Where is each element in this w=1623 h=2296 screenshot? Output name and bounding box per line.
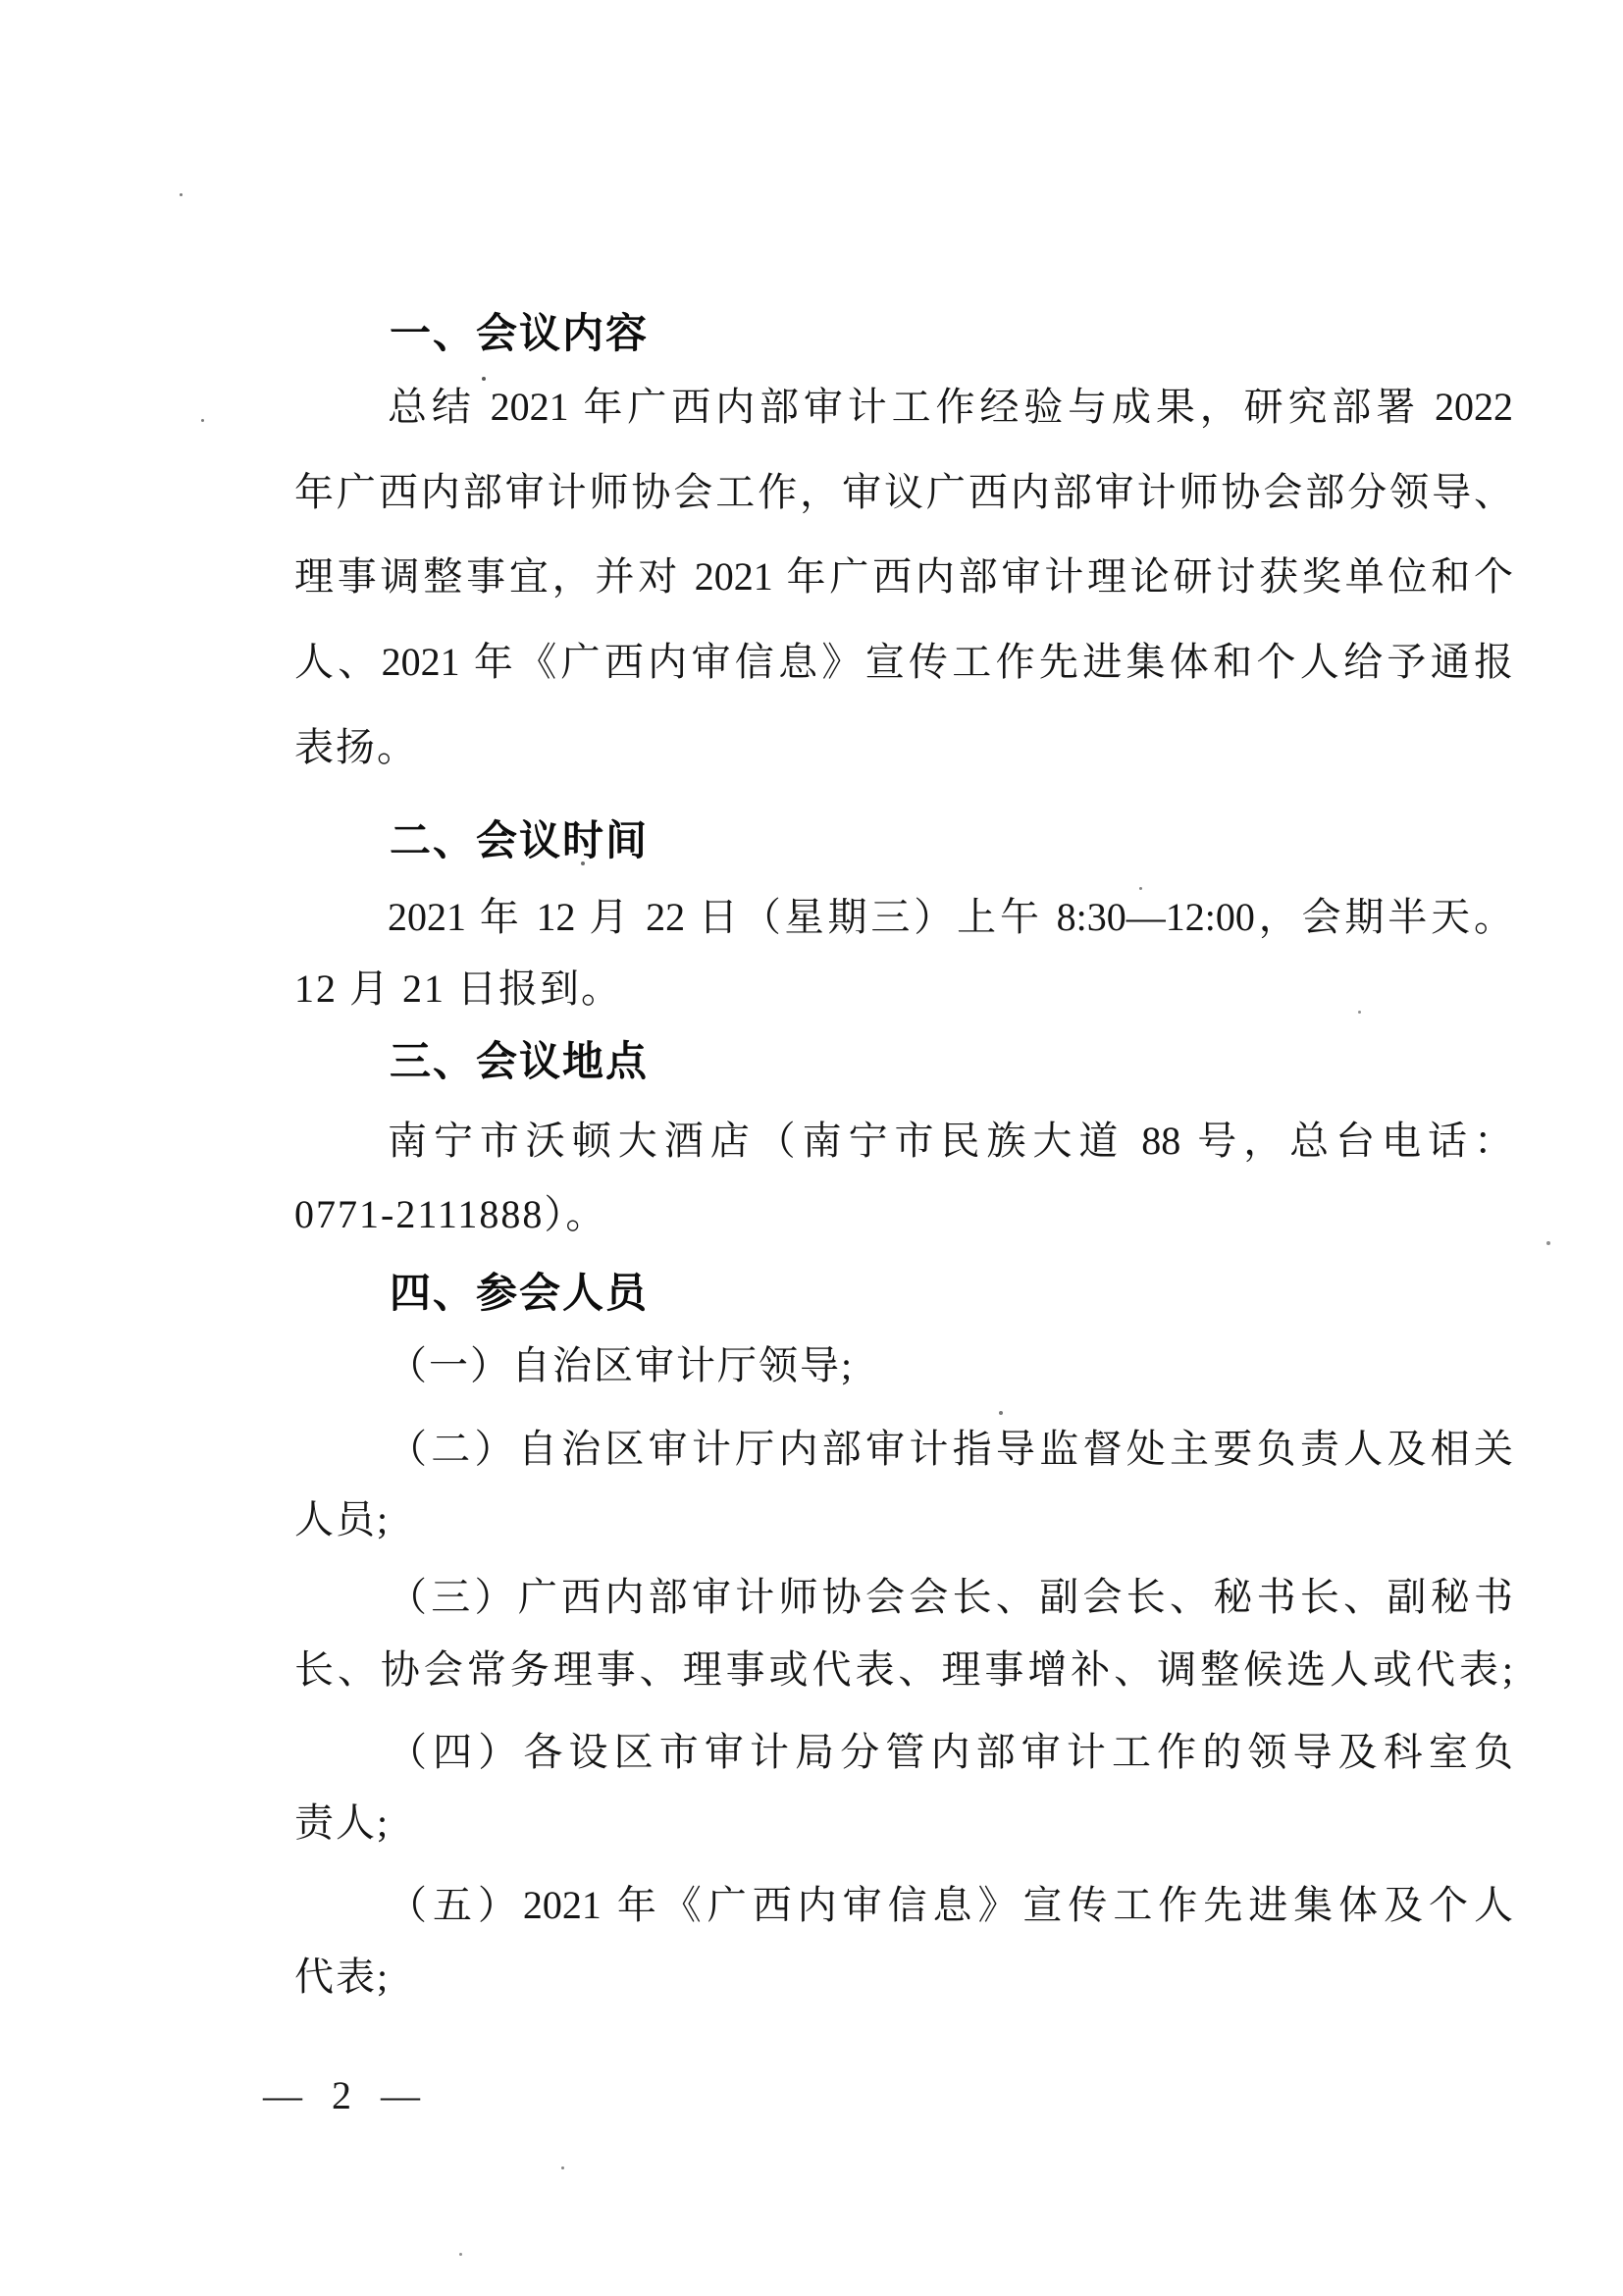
attendee-item-4-line-2: 责人;: [294, 1799, 1513, 1848]
section-1-line-2: 年广西内部审计师协会工作，审议广西内部审计师协会部分领导、: [294, 468, 1513, 517]
section-3-line-2: 0771-2111888）。: [294, 1190, 1513, 1239]
scan-speck: [1358, 1011, 1361, 1014]
section-2-line-2: 12 月 21 日报到。: [294, 965, 1513, 1014]
section-1-heading: 一、会议内容: [390, 309, 649, 358]
section-2-line-1: 2021 年 12 月 22 日（星期三）上午 8:30—12:00，会期半天。: [294, 893, 1513, 942]
section-1-line-4: 人、2021 年《广西内审信息》宣传工作先进集体和个人给予通报: [294, 638, 1513, 687]
scan-speck: [201, 419, 204, 422]
scan-speck: [561, 2166, 564, 2169]
scanned-document-page: 一、会议内容 总结 2021 年广西内部审计工作经验与成果，研究部署 2022 …: [0, 0, 1623, 2296]
scan-speck: [180, 193, 183, 196]
scan-speck: [1546, 1241, 1550, 1245]
scan-speck: [1139, 887, 1142, 890]
page-number-footer: — 2 —: [263, 2072, 423, 2118]
section-3-line-1: 南宁市沃顿大酒店（南宁市民族大道 88 号，总台电话：: [294, 1117, 1513, 1166]
section-1-line-3: 理事调整事宜，并对 2021 年广西内部审计理论研讨获奖单位和个: [294, 552, 1513, 601]
scan-speck: [999, 1411, 1003, 1415]
attendee-item-1: （一）自治区审计厅领导;: [294, 1341, 1513, 1390]
attendee-item-5-line-1: （五）2021 年《广西内审信息》宣传工作先进集体及个人: [294, 1881, 1513, 1930]
scan-speck: [482, 377, 486, 381]
attendee-item-2-line-2: 人员;: [294, 1495, 1513, 1544]
section-3-heading: 三、会议地点: [390, 1037, 649, 1086]
section-2-heading: 二、会议时间: [390, 816, 649, 865]
section-1-line-5: 表扬。: [294, 723, 1513, 772]
section-1-line-1: 总结 2021 年广西内部审计工作经验与成果，研究部署 2022: [294, 383, 1513, 432]
attendee-item-4-line-1: （四）各设区市审计局分管内部审计工作的领导及科室负: [294, 1728, 1513, 1777]
attendee-item-3-line-1: （三）广西内部审计师协会会长、副会长、秘书长、副秘书: [294, 1573, 1513, 1622]
section-4-heading: 四、参会人员: [390, 1269, 649, 1318]
attendee-item-2-line-1: （二）自治区审计厅内部审计指导监督处主要负责人及相关: [294, 1425, 1513, 1474]
scan-speck: [459, 2253, 462, 2256]
attendee-item-5-line-2: 代表;: [294, 1953, 1513, 2002]
attendee-item-3-line-2: 长、协会常务理事、理事或代表、理事增补、调整候选人或代表;: [294, 1645, 1513, 1695]
scan-speck: [581, 861, 585, 865]
